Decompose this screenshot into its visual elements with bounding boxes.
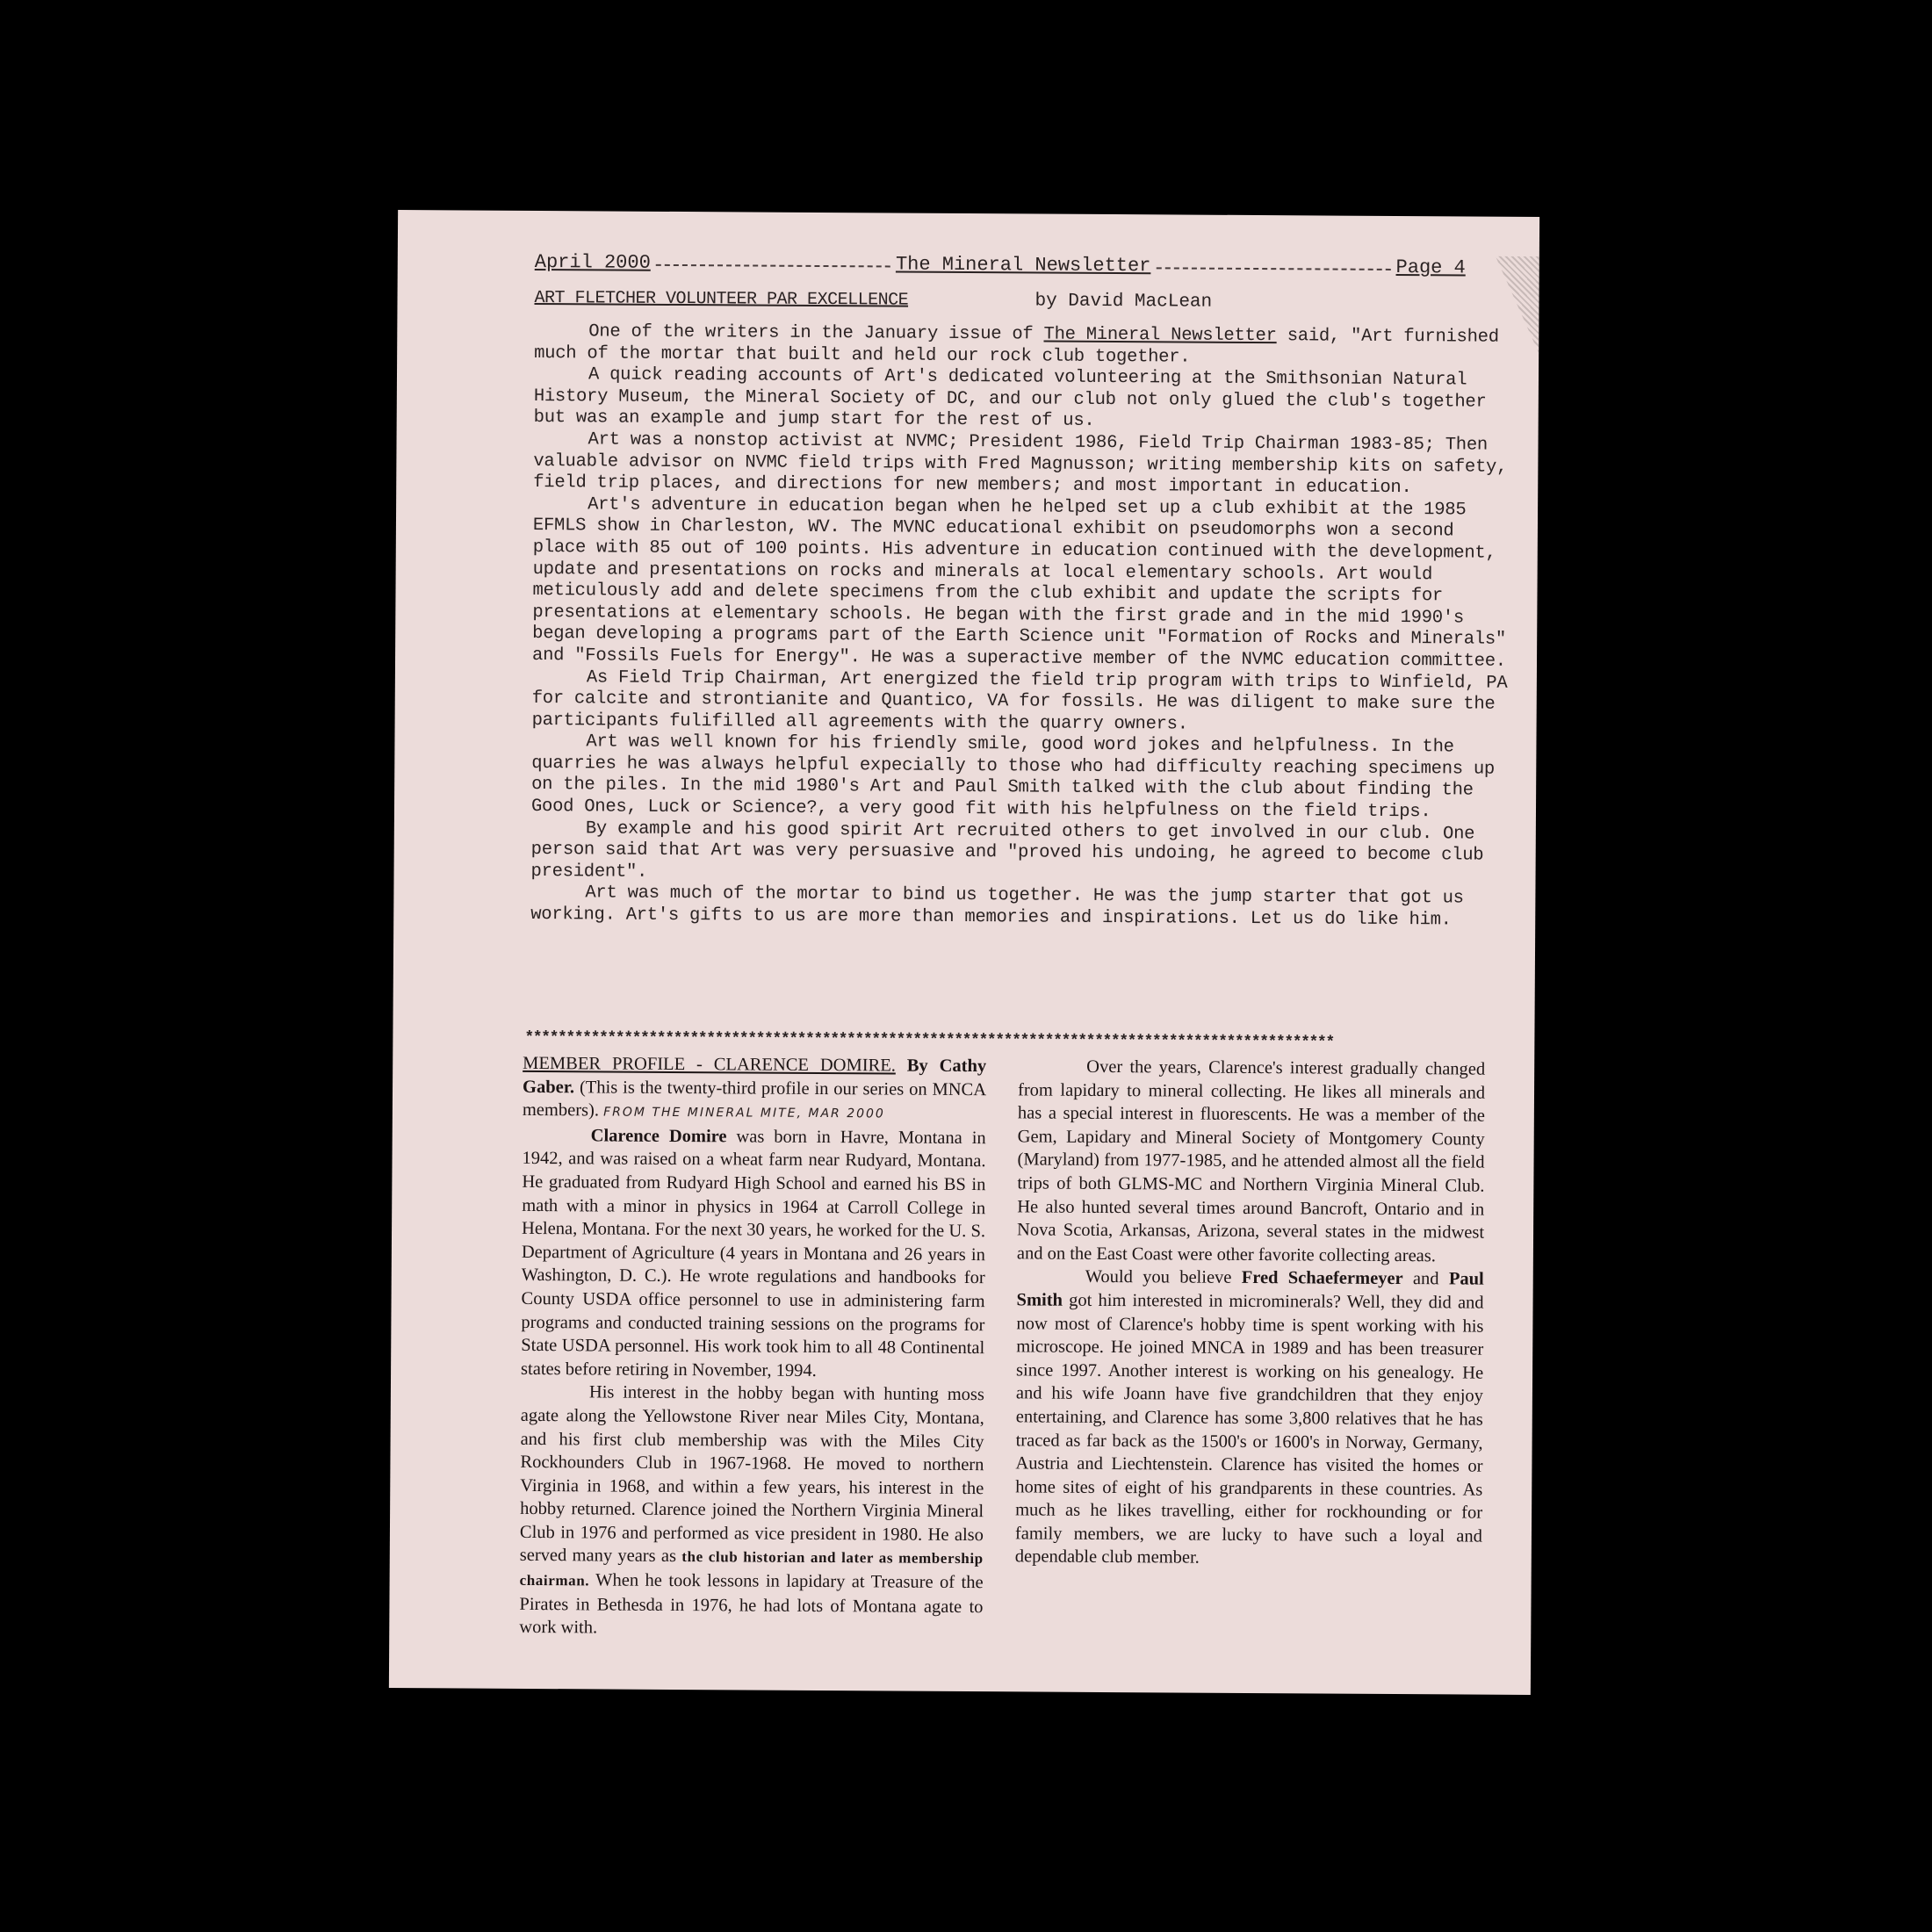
article-paragraph: One of the writers in the January issue … [534,321,1517,371]
header-page-number: Page 4 [1395,256,1465,278]
header-date: April 2000 [535,251,651,274]
profile-right-column: Over the years, Clarence's interest grad… [1015,1055,1486,1571]
profile-paragraph: Would you believe Fred Schaefermeyer and… [1015,1265,1484,1572]
paragraph-text: His interest in the hobby began with hun… [520,1383,984,1567]
handwritten-note: From The Mineral Mite, Mar 2000 [603,1106,885,1121]
paragraph-text: was born in Havre, Montana in 1942, and … [521,1127,986,1381]
newsletter-page: April 2000 The Mineral Newsletter Page 4… [389,210,1539,1695]
profile-left-column: MEMBER PROFILE - CLARENCE DOMIRE. By Cat… [519,1052,986,1642]
paragraph-text: One of the writers in the January issue … [588,321,1043,344]
header-dash-leader [656,264,890,268]
publication-name: The Mineral Newsletter [1043,325,1276,347]
article-paragraph: Art's adventure in education began when … [532,494,1517,674]
person-name: Fred Schaefermeyer [1242,1268,1403,1288]
profile-author: Cathy [940,1056,987,1076]
article-title-row: ART FLETCHER VOLUNTEER PAR EXCELLENCE by… [534,288,908,311]
profile-byline-prefix: By [896,1056,940,1076]
profile-paragraph: Clarence Domire was born in Havre, Monta… [521,1124,986,1384]
header-dash-leader [1156,267,1390,270]
member-name: Clarence Domire [591,1126,727,1146]
profile-paragraph: His interest in the hobby began with hun… [519,1381,984,1642]
paragraph-text: Would you believe [1085,1267,1242,1287]
asterisk-separator: ****************************************… [524,1029,1481,1053]
article-body: One of the writers in the January issue … [530,321,1517,932]
paragraph-text: and [1403,1269,1449,1288]
header-publication: The Mineral Newsletter [896,254,1151,278]
profile-intro: MEMBER PROFILE - CLARENCE DOMIRE. By Cat… [523,1052,986,1127]
profile-author: Gaber. [523,1078,574,1097]
profile-paragraph: Over the years, Clarence's interest grad… [1017,1055,1485,1268]
article-paragraph: Art was much of the mortar to bind us to… [530,883,1514,932]
article-paragraph: By example and his good spirit Art recru… [530,818,1514,890]
article-title: ART FLETCHER VOLUNTEER PAR EXCELLENCE [534,288,908,311]
article-paragraph: A quick reading accounts of Art's dedica… [534,364,1517,436]
profile-heading: MEMBER PROFILE - CLARENCE DOMIRE. [523,1054,896,1076]
paragraph-text: When he took lessons in lapidary at Trea… [519,1570,983,1637]
page-header: April 2000 The Mineral Newsletter Page 4 [535,251,1466,278]
article-paragraph: As Field Trip Chairman, Art energized th… [532,667,1516,738]
article-paragraph: Art was a nonstop activist at NVMC; Pres… [533,429,1517,501]
paragraph-text: got him interested in microminerals? Wel… [1015,1291,1484,1568]
article-byline: by David MacLean [1034,291,1212,312]
article-paragraph: Art was well known for his friendly smil… [531,732,1516,824]
